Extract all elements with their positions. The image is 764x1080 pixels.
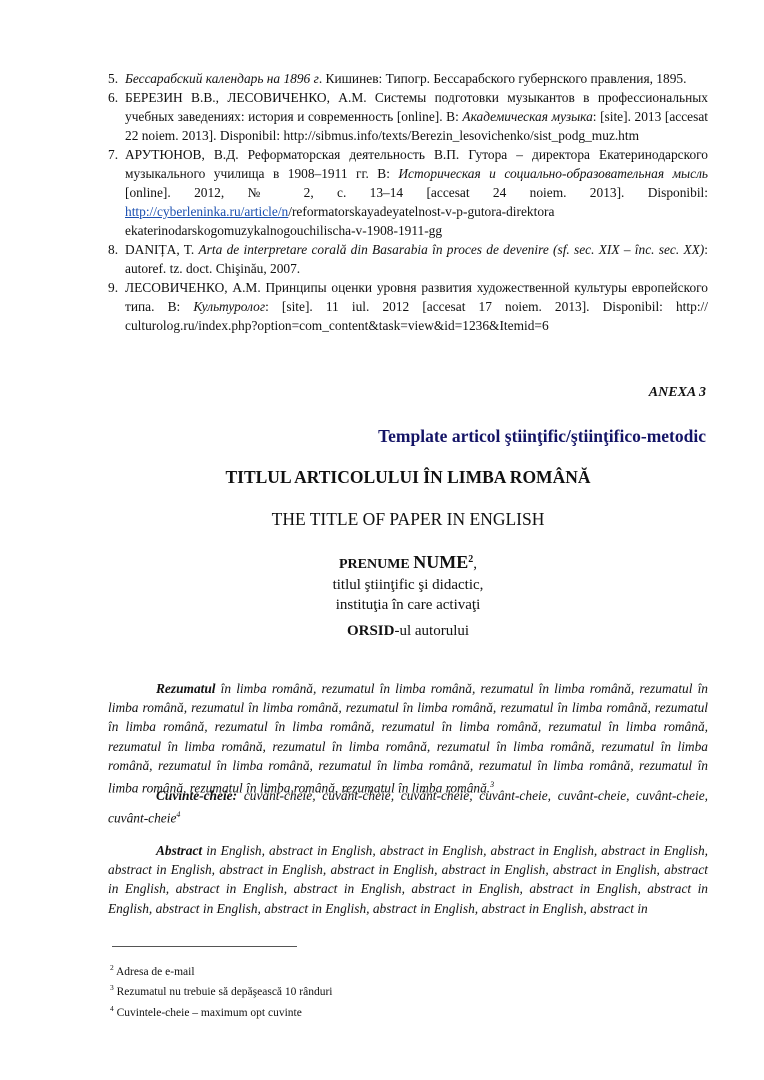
reference-item: 6.БЕРЕЗИН В.В., ЛЕСОВИЧЕНКО, А.М. Систем… (108, 88, 708, 145)
reference-number: 5. (108, 69, 118, 88)
reference-item: 8.DANIȚA, T. Arta de interpretare corală… (108, 240, 708, 278)
reference-number: 9. (108, 278, 118, 297)
reference-item: 5.Бессарабский календарь на 1896 г. Киши… (108, 69, 708, 88)
footnote-separator (112, 946, 297, 947)
footnote-item: 4 Cuvintele-cheie – maximum opt cuvinte (110, 1001, 333, 1021)
reference-number: 8. (108, 240, 118, 259)
footnotes: 2 Adresa de e-mail 3 Rezumatul nu trebui… (110, 960, 333, 1021)
author-first-name: PRENUME (339, 557, 413, 572)
footnote-text: Rezumatul nu trebuie să depăşească 10 râ… (114, 986, 333, 998)
orsid-text: -ul autorului (394, 623, 469, 639)
reference-source: Культуролог (193, 299, 265, 314)
rezumat-paragraph: Rezumatul în limba română, rezumatul în … (108, 679, 708, 798)
footnote-text: Cuvintele-cheie – maximum opt cuvinte (114, 1006, 302, 1018)
reference-list: 5.Бессарабский календарь на 1896 г. Киши… (108, 69, 708, 335)
reference-number: 7. (108, 145, 118, 164)
author-degree: titlul ştiinţific şi didactic, (108, 575, 708, 595)
author-institution: instituţia în care activaţi (108, 595, 708, 615)
reference-text: DANIȚA, T. (125, 242, 199, 257)
footnote-ref: 4 (176, 810, 180, 819)
reference-source: Академическая музыка (462, 109, 592, 124)
reference-text: [online]. 2012, № 2, с. 13–14 [accesat 2… (125, 185, 708, 200)
footnote-item: 3 Rezumatul nu trebuie să depăşească 10 … (110, 980, 333, 1000)
abstract-lead: Abstract (156, 843, 202, 858)
footnote-text: Adresa de e-mail (114, 966, 195, 978)
reference-item: 7.АРУТЮНОВ, В.Д. Реформаторская деятельн… (108, 145, 708, 240)
orsid-label: ORSID (347, 623, 395, 639)
template-heading: Template articol ştiinţific/ştiinţifico-… (378, 426, 706, 447)
article-title-romanian: TITLUL ARTICOLULUI ÎN LIMBA ROMÂNĂ (108, 467, 708, 488)
keywords-lead: Cuvinte-cheie: (156, 788, 237, 803)
footnote-item: 2 Adresa de e-mail (110, 960, 333, 980)
rezumat-text: în limba română, rezumatul în limba româ… (108, 681, 708, 795)
reference-item: 9.ЛЕСОВИЧЕНКО, А.М. Принципы оценки уров… (108, 278, 708, 335)
reference-title: Arta de interpretare corală din Basarabi… (199, 242, 705, 257)
author-last-name: NUME (413, 552, 468, 572)
reference-title: Бессарабский календарь на 1896 г (125, 71, 319, 86)
author-name-line: PRENUME NUME2, (108, 550, 708, 575)
reference-source: Историческая и социально-образовательная… (398, 166, 708, 181)
annex-label: ANEXA 3 (649, 385, 706, 401)
reference-link[interactable]: http://cyberleninka.ru/article/n (125, 204, 288, 219)
author-block: PRENUME NUME2, titlul ştiinţific şi dida… (108, 550, 708, 615)
abstract-paragraph: Abstract in English, abstract in English… (108, 841, 708, 918)
article-title-english: THE TITLE OF PAPER IN ENGLISH (108, 509, 708, 530)
reference-text: . Кишинев: Типогр. Бессарабского губернс… (319, 71, 687, 86)
reference-number: 6. (108, 88, 118, 107)
keywords-paragraph: Cuvinte-cheie: cuvânt-cheie, cuvânt-chei… (108, 786, 708, 828)
rezumat-lead: Rezumatul (156, 681, 216, 696)
punctuation: , (473, 556, 477, 572)
document-page: 5.Бессарабский календарь на 1896 г. Киши… (0, 0, 764, 1080)
orsid-line: ORSID-ul autorului (108, 623, 708, 640)
